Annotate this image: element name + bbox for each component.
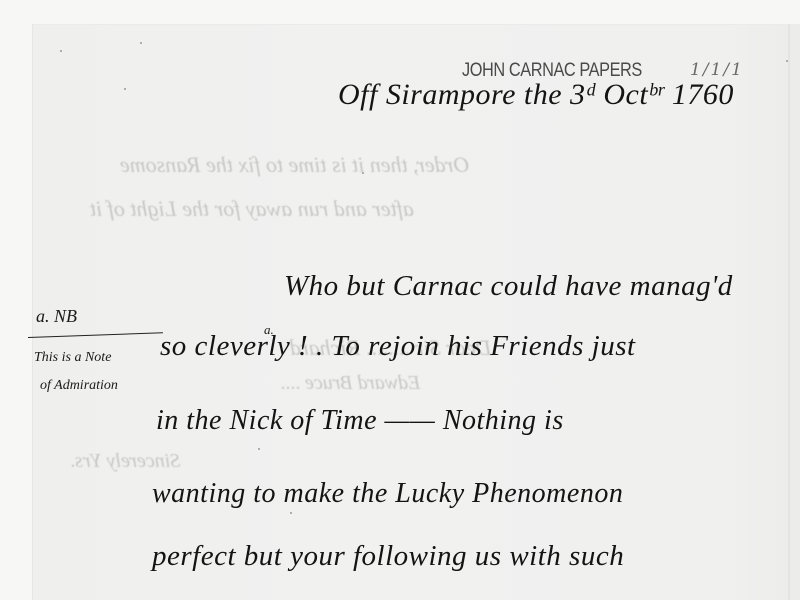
paper-speck [258, 448, 260, 450]
paper-speck [140, 42, 142, 44]
paper-speck [362, 172, 364, 174]
scanned-letter: Order, then it is time to fix the Ransom… [0, 0, 800, 600]
margin-note-line: of Admiration [40, 378, 118, 394]
letter-line: wanting to make the Lucky Phenomenon [152, 478, 623, 510]
bleed-through-line: Order, then it is time to fix the Ransom… [120, 152, 469, 178]
bleed-through-line: Sincerely Yrs. [70, 450, 180, 473]
margin-note-line: This is a Note [34, 350, 111, 366]
bleed-through-line: Edward Bruce .... [280, 372, 420, 395]
dateline: Off Sirampore the 3ᵈ Octᵇʳ 1760 [338, 78, 734, 112]
folio-number: 1/1/1 [690, 60, 744, 80]
paper-speck [124, 88, 126, 90]
letter-line: so cleverly ! . To rejoin his Friends ju… [160, 330, 636, 363]
bleed-through-line: after and run away for the Light of it [90, 196, 414, 222]
letter-line: Who but Carnac could have manag'd [284, 270, 733, 303]
paper-speck [786, 60, 788, 62]
paper-speck [60, 50, 62, 52]
margin-note-heading: a. NB [36, 306, 77, 327]
paper-edge [788, 24, 790, 600]
letter-line: perfect but your following us with such [152, 540, 624, 573]
letter-line: in the Nick of Time —— Nothing is [156, 405, 564, 437]
paper-speck [290, 512, 292, 514]
